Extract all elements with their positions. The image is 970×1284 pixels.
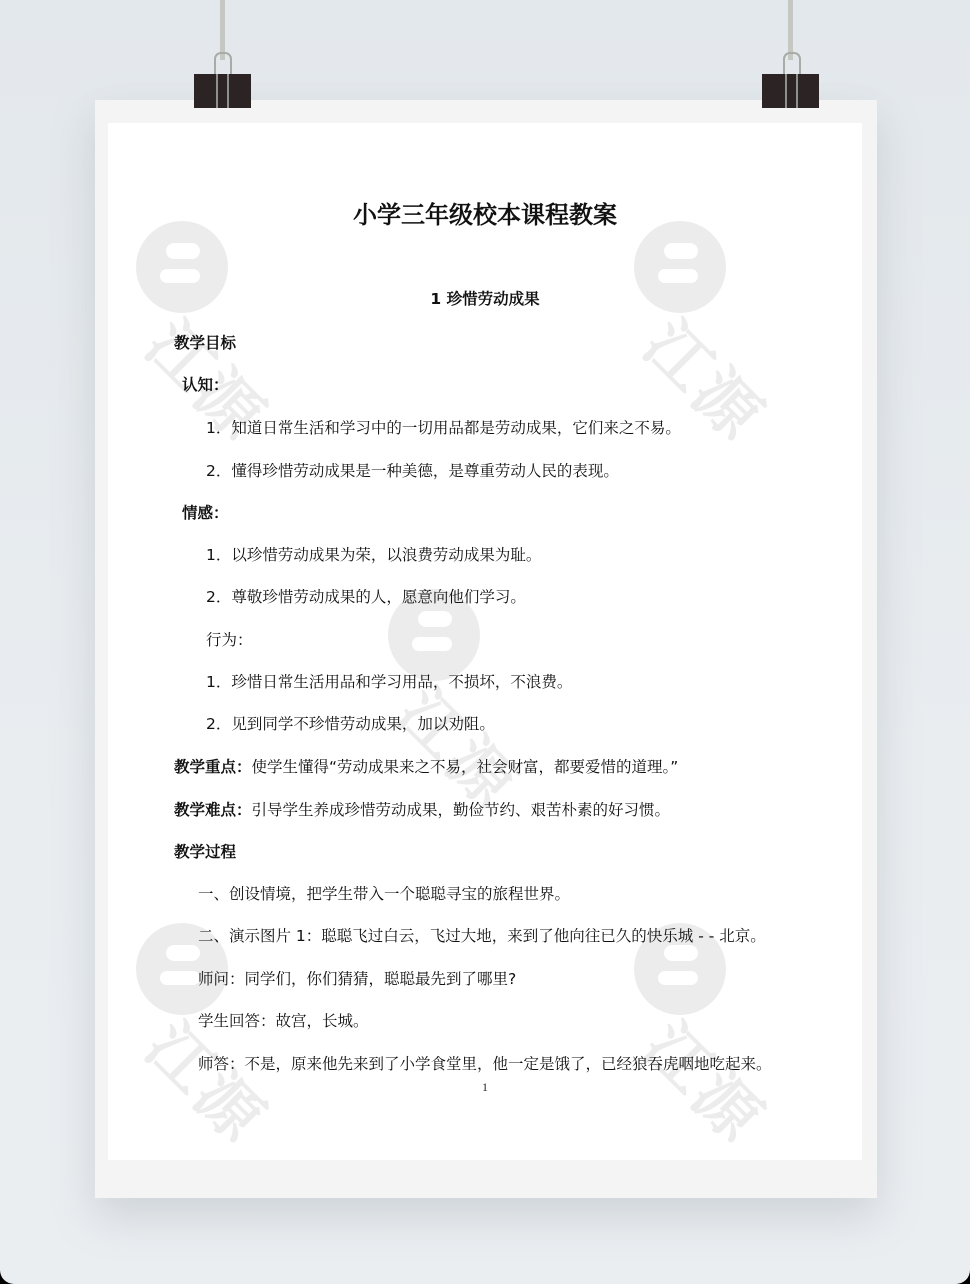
document-title: 小学三年级校本课程教案 <box>108 195 862 230</box>
process-item: 一、创设情境，把学生带入一个聪聪寻宝的旅程世界。 <box>198 882 570 904</box>
difficulty-label: 教学难点： <box>174 801 252 819</box>
hanging-wire-left <box>220 0 225 60</box>
watermark-logo-icon: 江源 <box>634 221 834 421</box>
key-point-label: 教学重点： <box>174 758 252 776</box>
behavior-item: 1．珍惜日常生活用品和学习用品，不损坏，不浪费。 <box>206 670 572 692</box>
difficulty-point: 教学难点：引导学生养成珍惜劳动成果，勤俭节约、艰苦朴素的好习惯。 <box>174 798 670 820</box>
process-item: 师问：同学们，你们猜猜，聪聪最先到了哪里? <box>198 967 516 989</box>
page-number: 1 <box>108 1080 862 1095</box>
emotion-label: 情感： <box>182 501 229 523</box>
difficulty-text: 引导学生养成珍惜劳动成果，勤俭节约、艰苦朴素的好习惯。 <box>252 801 671 819</box>
watermark-logo-icon: 江源 <box>136 221 336 421</box>
behavior-item: 2．见到同学不珍惜劳动成果，加以劝阻。 <box>206 712 495 734</box>
objectives-heading: 教学目标 <box>174 331 236 353</box>
process-item: 师答：不是，原来他先来到了小学食堂里，他一定是饿了，已经狼吞虎咽地吃起来。 <box>198 1052 772 1074</box>
emotion-item: 2．尊敬珍惜劳动成果的人，愿意向他们学习。 <box>206 585 526 607</box>
cognition-label: 认知： <box>182 373 229 395</box>
document-page: 江源 江源 江源 江源 江源 小学三年级校本课程教案 1 珍惜劳动成果 教学目标… <box>108 123 862 1160</box>
key-point: 教学重点：使学生懂得“劳动成果来之不易，社会财富，都要爱惜的道理。” <box>174 755 678 777</box>
emotion-item: 1．以珍惜劳动成果为荣，以浪费劳动成果为耻。 <box>206 543 541 565</box>
behavior-label: 行为： <box>206 628 253 650</box>
hanging-wire-right <box>788 0 793 60</box>
mockup-background: 江源 江源 江源 江源 江源 小学三年级校本课程教案 1 珍惜劳动成果 教学目标… <box>0 0 970 1284</box>
cognition-item: 1．知道日常生活和学习中的一切用品都是劳动成果，它们来之不易。 <box>206 416 681 438</box>
process-item: 二、演示图片 1：聪聪飞过白云，飞过大地，来到了他向往已久的快乐城 - - 北京… <box>198 924 766 946</box>
key-point-text: 使学生懂得“劳动成果来之不易，社会财富，都要爱惜的道理。” <box>252 758 679 776</box>
process-item: 学生回答：故宫，长城。 <box>198 1009 369 1031</box>
lesson-title: 1 珍惜劳动成果 <box>108 287 862 309</box>
process-heading: 教学过程 <box>174 840 236 862</box>
cognition-item: 2．懂得珍惜劳动成果是一种美德，是尊重劳动人民的表现。 <box>206 459 619 481</box>
